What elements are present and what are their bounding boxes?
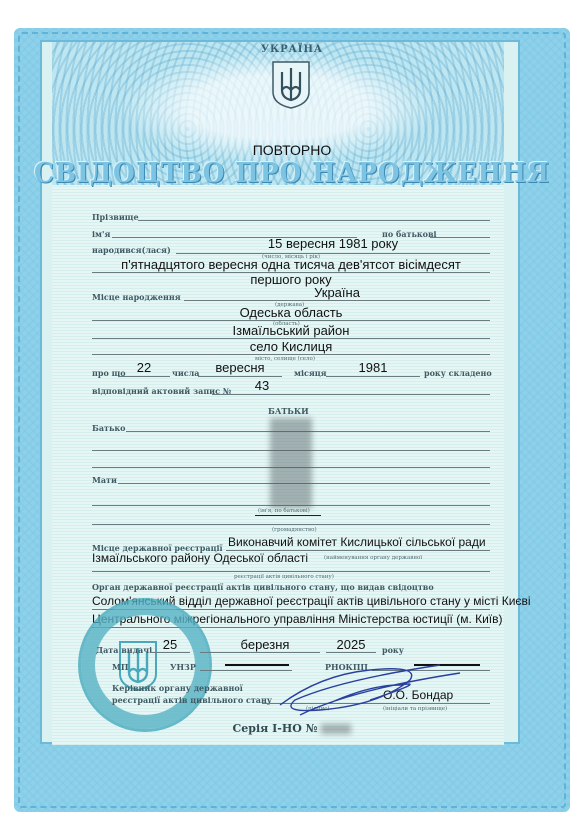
reg-place-value-1: Виконавчий комітет Кислицької сільської … [228,535,486,549]
name-label: ім'я [92,229,110,239]
month-word: місяця [294,368,327,378]
birth-date-value: 15 вересня 1981 року [176,236,490,251]
record-day-value: 22 [118,360,170,375]
reg-caption-2: реєстрації актів цивільного стану) [234,574,334,580]
series-number: Серія І-НО № [0,722,584,735]
uizr-label: УНЗР [170,662,196,672]
record-number-value: 43 [212,378,312,393]
reg-caption-1: (найменування органу державної [324,555,422,561]
year-line [326,376,420,377]
issue-day-line [150,652,190,653]
day-line [118,376,170,377]
day-word: числа [172,368,199,378]
parents-heading: БАТЬКИ [268,406,309,416]
surname-line [138,220,490,221]
surname-label: Прізвище [92,212,139,222]
region-value: Одеська область [92,305,490,320]
mp-label: МП [112,662,128,672]
issue-year-line [326,652,376,653]
village-value: село Кислиця [92,339,490,354]
name-caption-underline [255,515,321,516]
issue-year-word: року [382,645,404,655]
born-line [176,253,490,254]
reg-place-value-2: Ізмаїльського району Одеської області [92,551,308,565]
born-label: народився(лася) [92,245,171,255]
record-number-line [212,394,490,395]
redacted-parents [270,418,312,508]
issue-day-value: 25 [150,637,190,652]
country-line [184,300,490,301]
head-label-1: Керівник органу державної [112,683,243,693]
series-label: Серія І-НО № [233,722,318,735]
country-heading: УКРАЇНА [0,44,584,55]
head-label-2: реєстрації актів цивільного стану [112,695,272,705]
year-word: року складено [424,368,492,378]
record-month-value: вересня [198,360,282,375]
reg-place-line-2 [92,571,490,572]
issue-date-label: Дата видачі [96,645,152,655]
citizenship-caption: (громадянство) [272,527,317,533]
month-line [198,376,282,377]
village-line [92,354,490,355]
father-label: Батько [92,423,126,433]
country-value: Україна [184,285,490,300]
issue-month-line [200,652,320,653]
district-value: Ізмаїльський район [92,323,490,338]
record-year-value: 1981 [326,360,420,375]
coat-of-arms-icon [271,60,311,110]
birthplace-label: Місце народження [92,292,181,302]
mother-label: Мати [92,475,117,485]
issue-month-value: березня [220,637,310,652]
document-title: СВІДОЦТВО ПРО НАРОДЖЕННЯ [0,157,584,189]
redacted-series [321,724,351,734]
record-number-label: відповідний актовий запис № [92,386,231,396]
name-caption: (ім'я, по батькові) [258,508,310,514]
issuing-body-label: Орган державної реєстрації актів цивільн… [92,582,434,592]
citizenship-line [92,524,490,525]
birth-date-words-1: п'ятнадцятого вересня одна тисяча дев'ят… [92,257,490,272]
issue-year-value: 2025 [326,637,376,652]
